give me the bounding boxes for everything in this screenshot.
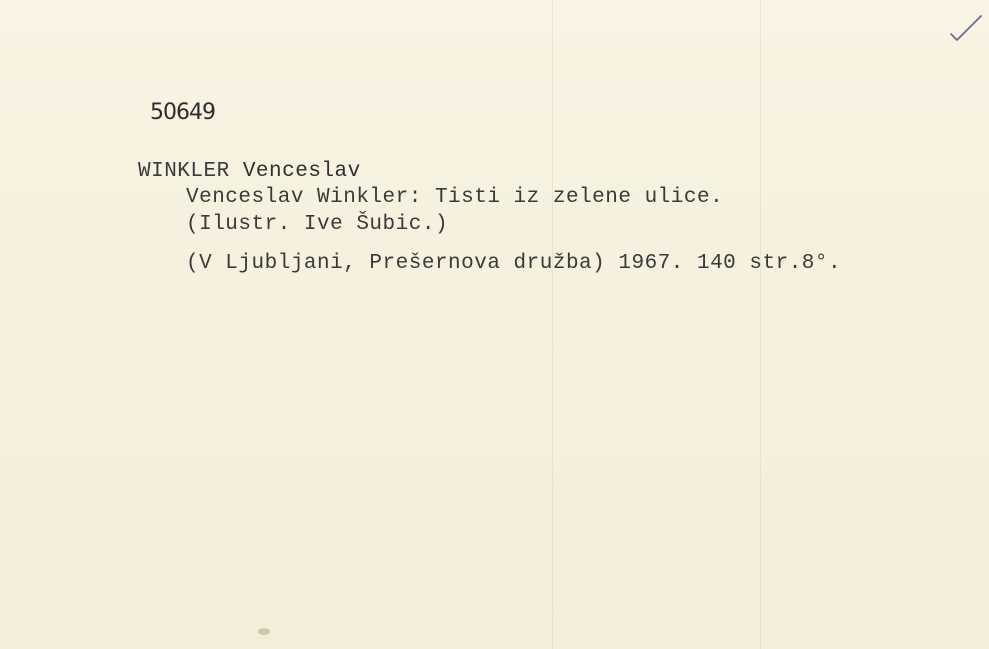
card-crease <box>760 0 761 649</box>
author-forename: Venceslav <box>243 160 361 183</box>
author-surname: WINKLER <box>138 160 230 183</box>
catalog-card: 50649 WINKLER Venceslav Venceslav Winkle… <box>0 0 989 649</box>
author-heading: WINKLER Venceslav <box>138 160 361 183</box>
stain-mark <box>258 628 270 635</box>
check-mark-icon <box>945 10 985 45</box>
imprint: (V Ljubljani, Prešernova družba) 1967. 1… <box>186 252 841 275</box>
card-crease <box>552 0 553 649</box>
accession-number: 50649 <box>150 100 215 125</box>
illustrator-note: (Ilustr. Ive Šubic.) <box>186 213 448 236</box>
title-statement: Venceslav Winkler: Tisti iz zelene ulice… <box>186 186 723 209</box>
